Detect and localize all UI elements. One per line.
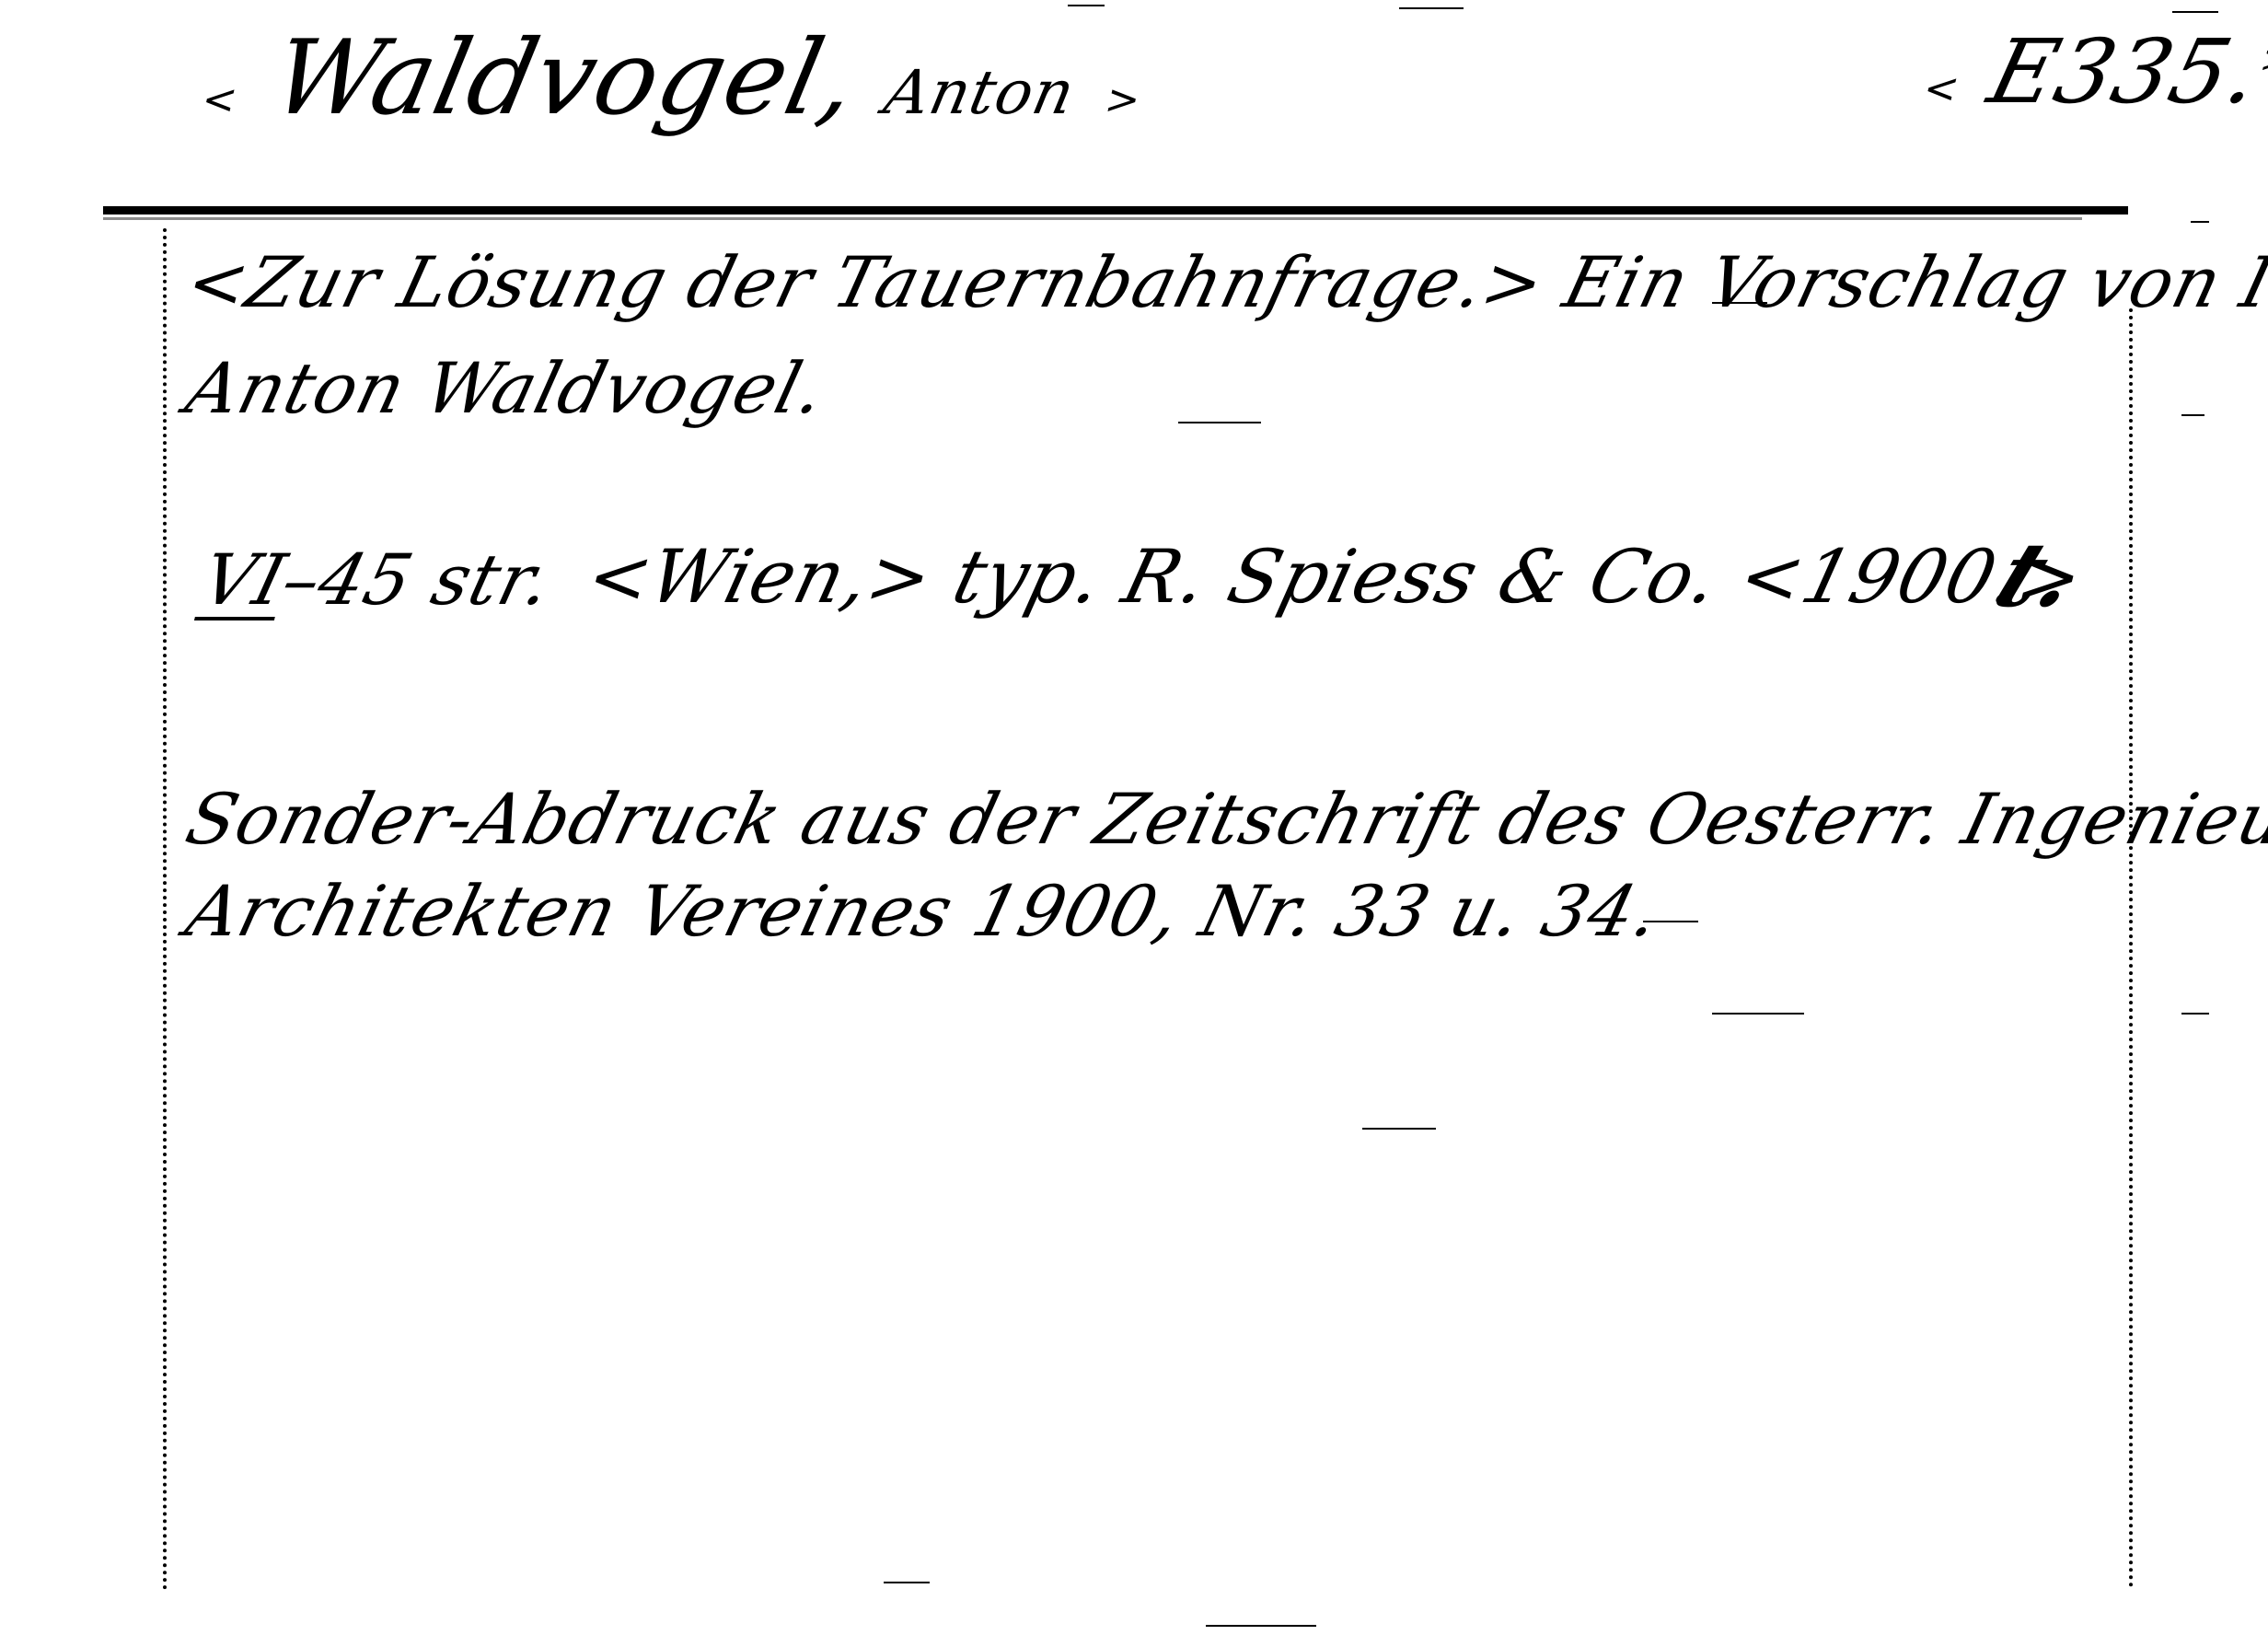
scan-artifact [1178,422,1261,423]
call-shelfmark: E335. [1979,20,2268,123]
scan-artifact [1362,1128,1436,1130]
heading-open-mark: < [198,76,243,123]
scan-artifact [2181,414,2204,416]
heading-surname: Waldvogel [263,18,835,138]
imprint: <Wien,> typ. R. Spiess & Co. <1900.> [578,534,2092,620]
scan-artifact [1643,921,1698,922]
scan-artifact [1399,7,1464,9]
call-open-mark: < [1918,65,1965,112]
scan-artifact [1206,1625,1316,1627]
right-margin-dots [2129,308,2133,1588]
heading-close-mark: > [1101,76,1146,123]
title-line-1: <Zur Lösung der Tauernbahnfrage.> Ein Vo… [179,241,2268,323]
call-number: < E335.>4° [1915,20,2268,123]
scan-artifact [1712,302,1767,304]
scan-artifact [2181,1013,2209,1015]
note-line-2: Architekten Vereines 1900, Nr. 33 u. 34. [179,870,1669,952]
heading-rule [103,206,2128,215]
heading-author: < Waldvogel, Anton > [194,18,1158,138]
scan-artifact [1068,5,1105,6]
collation-pages: –45 str. [274,539,561,620]
catalog-card: < Waldvogel, Anton > < E335.>4° <Zur Lös… [0,0,2268,1635]
left-margin-dots [163,228,167,1591]
note-line-1: Sonder-Abdruck aus der Zeitschrift des O… [179,778,2268,860]
scan-artifact [2172,11,2218,13]
collation: VI–45 str. [194,539,561,620]
scan-artifact [884,1582,930,1583]
heading-given-name: Anton [878,57,1081,128]
scan-artifact [1712,1013,1804,1015]
scan-artifact [2191,221,2209,223]
title-line-2: Anton Waldvogel. [179,347,834,429]
